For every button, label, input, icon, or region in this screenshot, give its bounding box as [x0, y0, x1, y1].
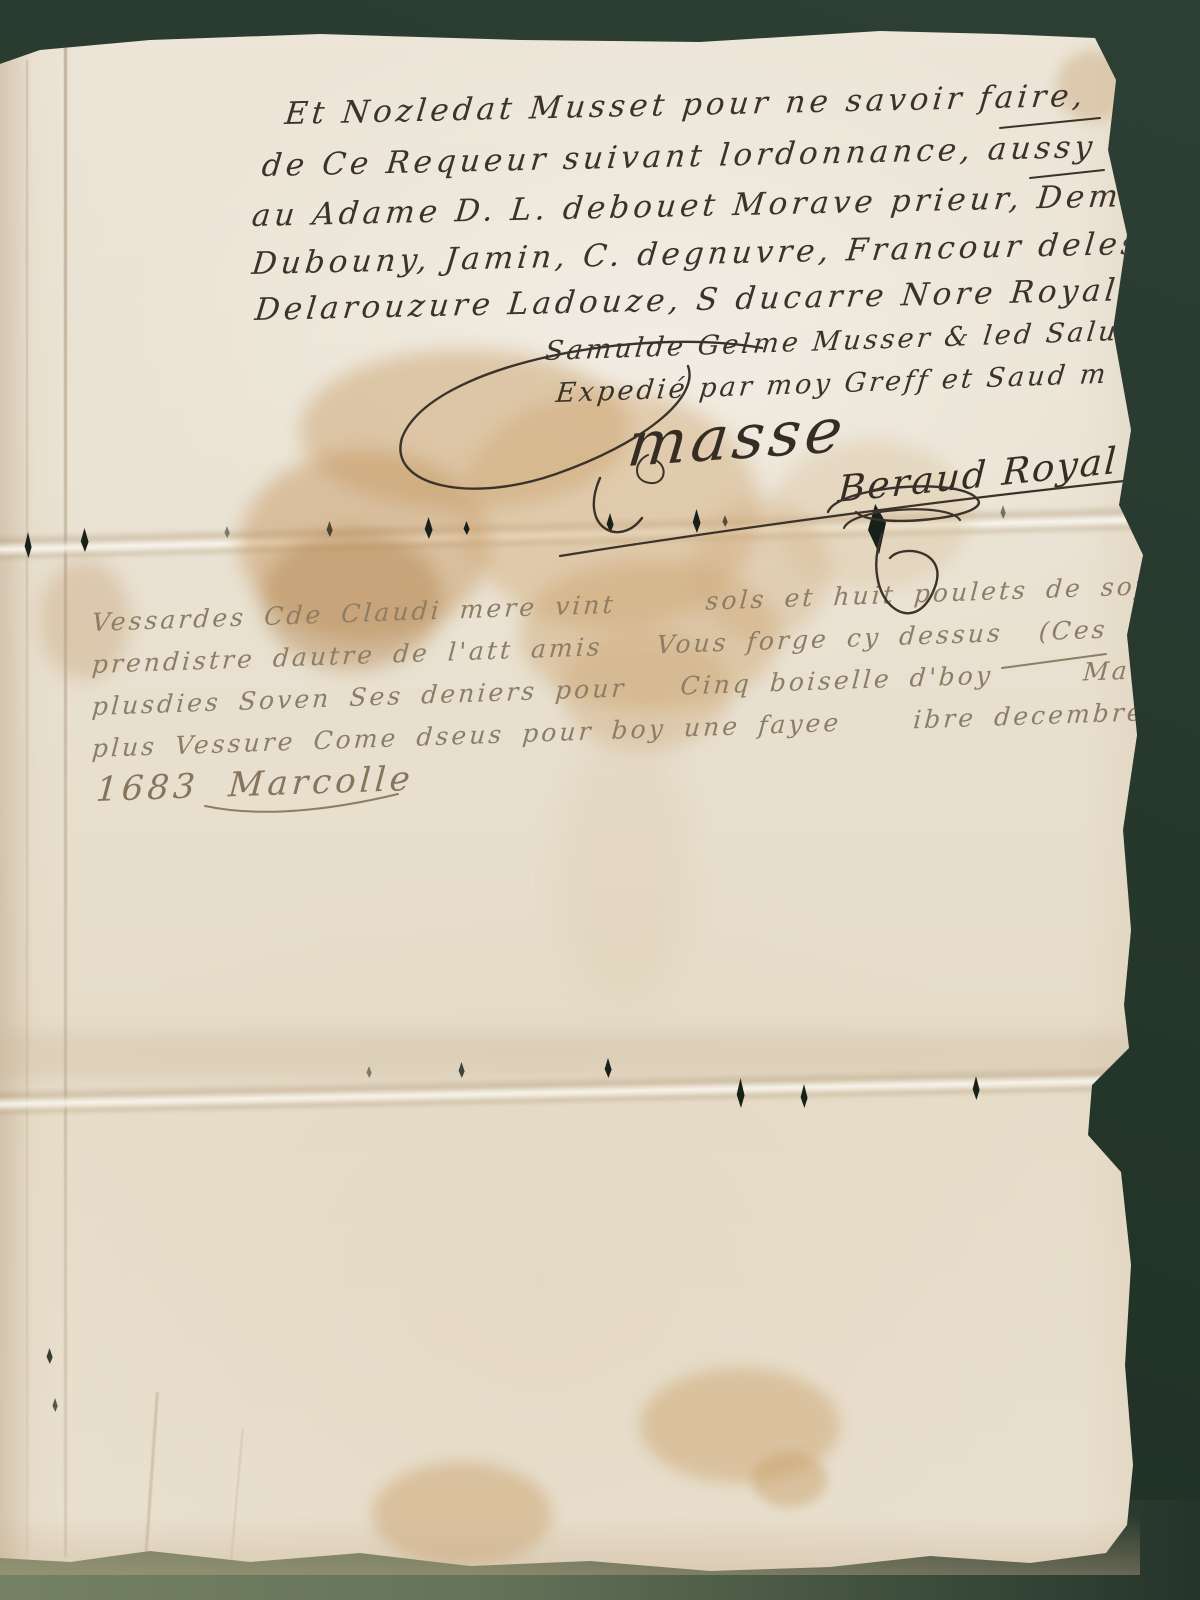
manuscript-line: Et Nozledat Musset pour ne savoir faire,	[283, 78, 1088, 132]
photograph-of-manuscript: Et Nozledat Musset pour ne savoir faire,…	[0, 0, 1200, 1600]
manuscript-line: au Adame D. L. debouet Morave prieur, De…	[250, 175, 1200, 234]
paper-bottom-shade	[0, 1515, 1140, 1575]
closing-line: Samulde Gelme Musser & led Salud	[543, 315, 1140, 367]
spine-crease	[26, 60, 28, 1555]
stitch-hole	[52, 1398, 58, 1412]
paper-sheet: Et Nozledat Musset pour ne savoir faire,…	[0, 0, 1200, 1600]
stitch-hole	[1142, 1070, 1149, 1090]
water-stain	[560, 720, 690, 1000]
spine-crease	[64, 45, 67, 1557]
manuscript-line: de Ce Requeur suivant lordonnance, aussy…	[260, 126, 1200, 184]
water-stain	[752, 1452, 827, 1507]
stitch-hole	[46, 1348, 53, 1364]
note-date-signature: 1683 Marcolle	[95, 759, 416, 810]
